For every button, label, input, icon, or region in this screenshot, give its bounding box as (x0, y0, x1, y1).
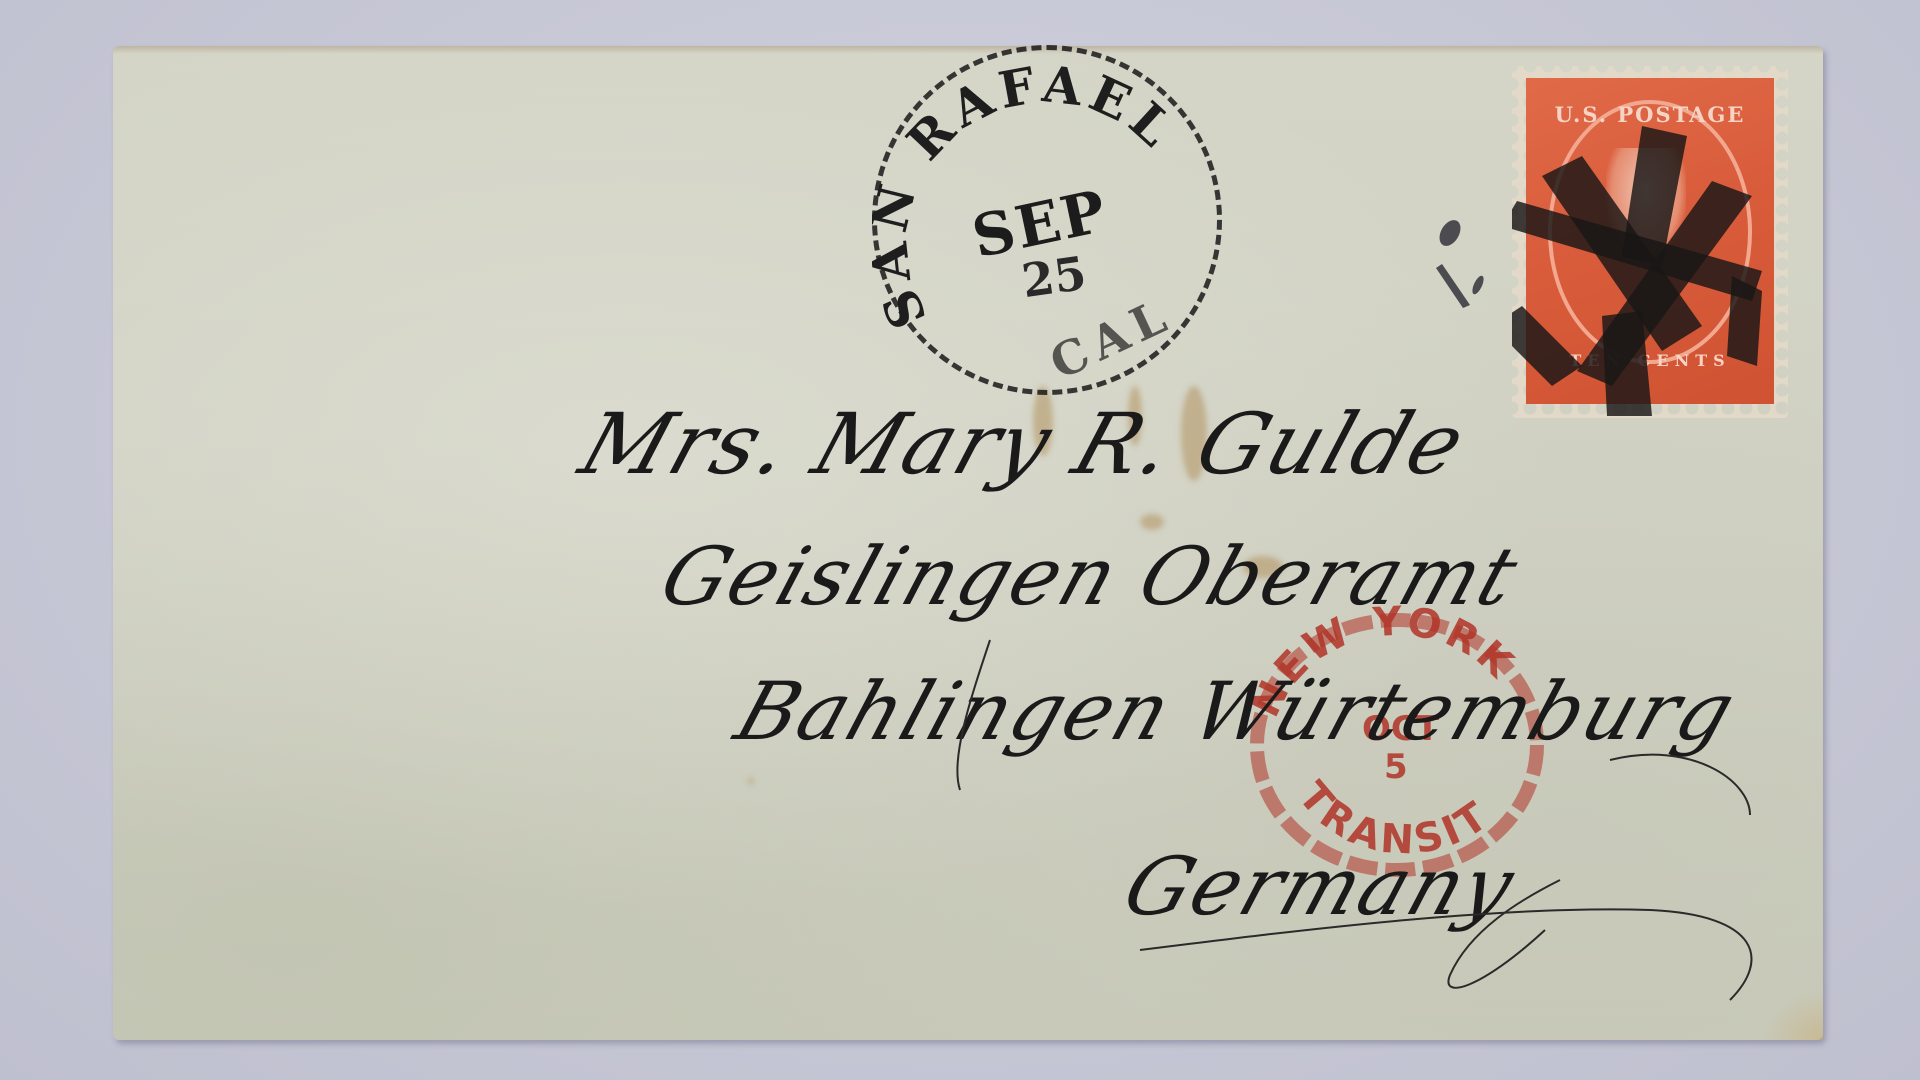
handwriting-flourish (0, 0, 1920, 1080)
